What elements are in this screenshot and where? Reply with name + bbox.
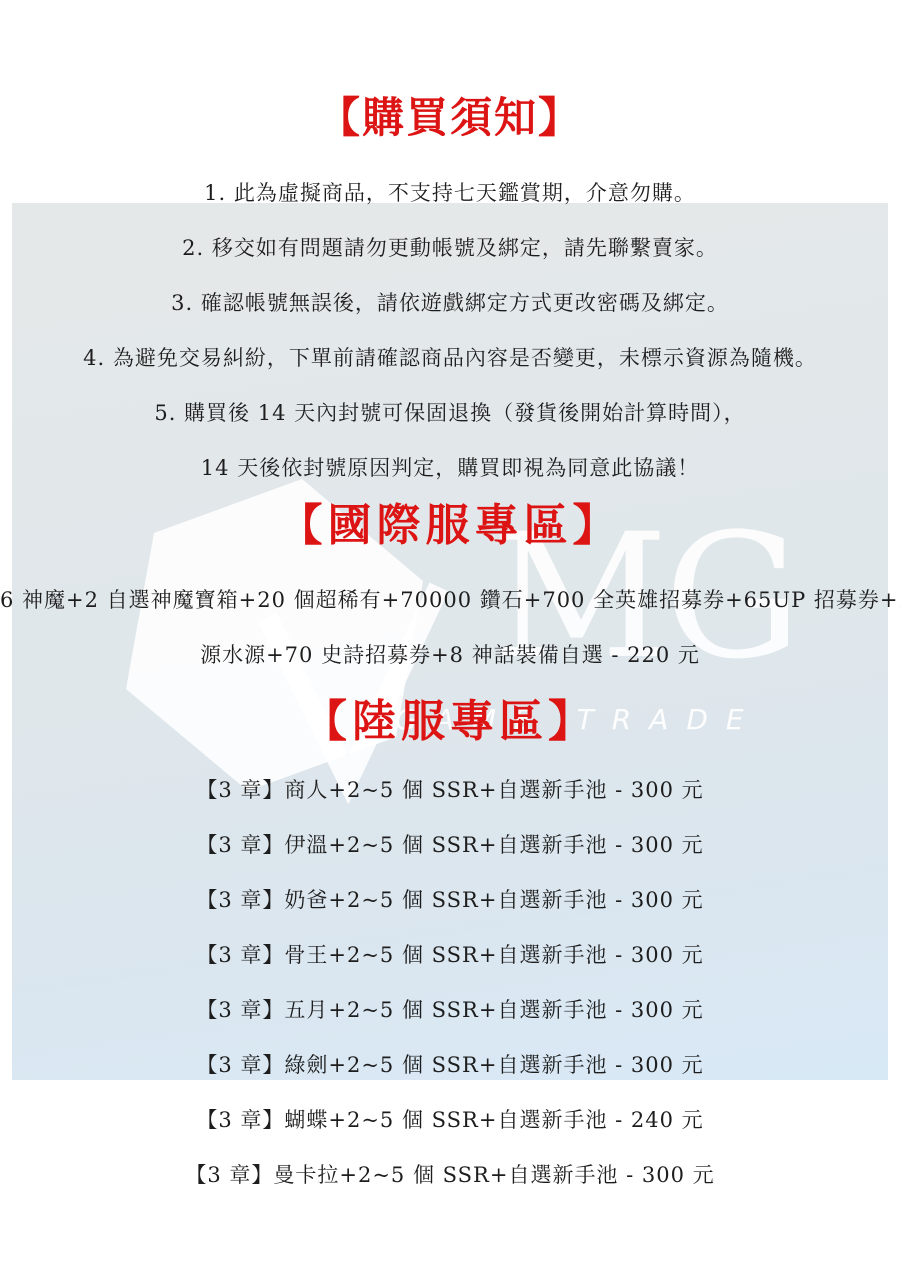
product-item-8: 【3 章】曼卡拉+2~5 個 SSR+自選新手池 - 300 元 (0, 1159, 900, 1191)
product-item-1: 【3 章】商人+2~5 個 SSR+自選新手池 - 300 元 (0, 774, 900, 806)
document-page: MG GAME TRADE 【購買須知】 1. 此為虛擬商品，不支持七天鑑賞期，… (0, 0, 900, 1273)
product-item-3: 【3 章】奶爸+2~5 個 SSR+自選新手池 - 300 元 (0, 884, 900, 916)
product-item-4: 【3 章】骨王+2~5 個 SSR+自選新手池 - 300 元 (0, 939, 900, 971)
notice-line-4: 4. 為避免交易糾紛，下單前請確認商品內容是否變更，未標示資源為隨機。 (0, 342, 900, 374)
notice-line-5: 5. 購買後 14 天內封號可保固退換（發貨後開始計算時間）， (0, 397, 900, 429)
notice-line-1: 1. 此為虛擬商品，不支持七天鑑賞期，介意勿購。 (0, 177, 900, 209)
international-offer-line-2: 源水源+70 史詩招募券+8 神話裝備自選 - 220 元 (0, 639, 900, 671)
notice-line-2: 2. 移交如有問題請勿更動帳號及綁定，請先聯繫賣家。 (0, 232, 900, 264)
international-offer-line-1: 6 神魔+2 自選神魔寶箱+20 個超稀有+70000 鑽石+700 全英雄招募… (0, 584, 900, 616)
product-item-7: 【3 章】蝴蝶+2~5 個 SSR+自選新手池 - 240 元 (0, 1104, 900, 1136)
product-item-6: 【3 章】綠劍+2~5 個 SSR+自選新手池 - 300 元 (0, 1049, 900, 1081)
product-item-2: 【3 章】伊溫+2~5 個 SSR+自選新手池 - 300 元 (0, 829, 900, 861)
page-title: 【購買須知】 (0, 90, 900, 146)
product-item-5: 【3 章】五月+2~5 個 SSR+自選新手池 - 300 元 (0, 994, 900, 1026)
notice-line-5-cont: 14 天後依封號原因判定，購買即視為同意此協議！ (0, 452, 900, 484)
section-title-international: 【國際服專區】 (0, 500, 900, 552)
notice-line-3: 3. 確認帳號無誤後，請依遊戲綁定方式更改密碼及綁定。 (0, 287, 900, 319)
section-title-mainland: 【陸服專區】 (0, 696, 900, 748)
